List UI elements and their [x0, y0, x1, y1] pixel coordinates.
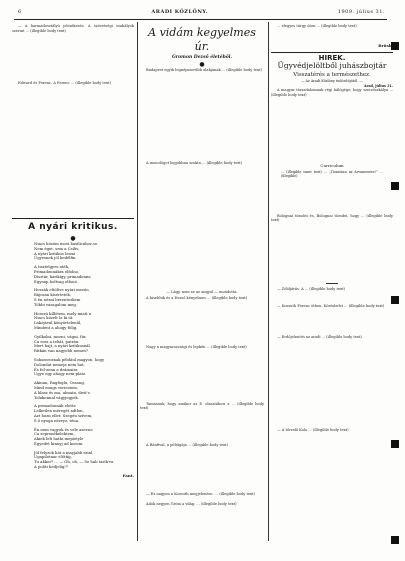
poem-stanza: Gyilkolni, morni, vágni, fúr, Ca rosz a … — [34, 335, 134, 354]
inset-text: ... (illegible inset text) ... „Tiszatáz… — [271, 170, 393, 214]
article-paragraph: A magyar társadalomnak végi hálógége, ho… — [271, 88, 393, 162]
column-divider — [137, 22, 138, 541]
column-left: — A harmadosztályú jelentkezés. A szövet… — [12, 24, 134, 478]
scan-registration-mark — [391, 182, 399, 190]
news-headline: Ügyvédjelöltből juhászbojtár — [271, 61, 393, 71]
newspaper-page: 6 ARADI KÖZLÖNY. 1909. július 31. — A ha… — [0, 0, 405, 561]
article-signature: Brüsk. — [271, 44, 393, 49]
ornament: ● — [140, 61, 264, 68]
scan-registration-mark — [391, 296, 399, 304]
page-number: 6 — [18, 9, 22, 15]
separator — [326, 283, 338, 284]
header-rule — [14, 19, 387, 20]
poem-title: A nyári kritikus. — [12, 222, 134, 233]
poem-stanza: Hosszú kíllötem, mely miatt a Nincs köze… — [34, 312, 134, 331]
section-title-news: HIREK. — [271, 56, 393, 61]
poem-stanza: A tisztelgyes aték, Primadonnákra elfoln… — [34, 265, 134, 284]
inset-heading: Curriculum — [271, 164, 393, 169]
news-item: — Kossuth Ferenc ötben. Körösbelvi ... (… — [271, 304, 393, 334]
news-item: — Zöldjárás. A ... (illegible body text) — [271, 287, 393, 303]
news-item: — Erdőjelentés az aradi ... (illegible b… — [271, 335, 393, 427]
column-divider — [268, 22, 269, 541]
article-paragraph: Budapest egyik legnépszerűbb alakjának .… — [140, 68, 264, 160]
poem-stanza: Jól felyzok hát a mayjabb szinl Ugapilot… — [34, 451, 134, 470]
scan-registration-mark — [391, 440, 399, 448]
news-item: — A tőrzsfő Kolo ... (illegible body tex… — [271, 428, 393, 456]
article-paragraph: Tamásnak, hogy amikor az É. olasztábori … — [140, 402, 264, 442]
poem-stanza: Sokszoroznak például magyon, hogy Dolond… — [34, 358, 134, 377]
article-paragraph: A monológot legjobban szokta ... (illegi… — [140, 161, 264, 289]
article-paragraph: — Lágy, nem ez az angyal — mondotta. — [140, 290, 264, 295]
article-paragraph: — A harmadosztályú jelentkezés. A szövet… — [12, 24, 134, 80]
news-subheadline: Visszatérés a természethez. — [271, 72, 393, 79]
article-paragraph: Adok negyen Gróm a világ. ... (illegible… — [140, 502, 264, 511]
issue-date: 1909. július 31. — [338, 9, 385, 15]
article-paragraph: Nagy a magyarországi és lepkén ... (ille… — [140, 345, 264, 401]
article-paragraph: A kisebbik és a Dezső kényelmes ... (ill… — [140, 296, 264, 344]
article-paragraph: A Bánfival, a pólóígája ... (illegible b… — [140, 443, 264, 491]
article-paragraph: Edward és Ferenc. A Ferenc ... (illegibl… — [12, 81, 134, 215]
column-middle: A vidám kegyelmes úr. Gromon Dezső életé… — [140, 24, 264, 512]
scan-registration-mark — [391, 536, 399, 544]
poem-body: Nincs közöm most basilicához se Nem éget… — [12, 242, 134, 470]
article-title: A vidám kegyelmes úr. — [140, 26, 264, 54]
poem-signature: Fant. — [12, 474, 134, 479]
section-rule — [271, 52, 393, 53]
article-paragraph: — Ez nagyon a Kossuth megjelenése. ... (… — [140, 492, 264, 501]
page-header: 6 ARADI KÖZLÖNY. 1909. július 31. — [18, 6, 385, 18]
article-paragraph: ... elegyes tárgy úton ... (illegible bo… — [271, 24, 393, 42]
poem-stanza: Én nem vagyok és vele aseriss Ca seprené… — [34, 428, 134, 447]
poem-stanza: Nincs közöm most basilicához se Nem éget… — [34, 242, 134, 261]
section-rule — [12, 218, 134, 219]
poem-stanza: Hozzák eltöltve nyári mezőn Bájosan kísé… — [34, 288, 134, 307]
poem-stanza: Akinan, Ragfoglu, Ossong, Mind enugs ver… — [34, 381, 134, 400]
masthead-title: ARADI KÖZLÖNY. — [151, 9, 208, 15]
article-paragraph: Bolognai tőzsdei és, Bolognai tőzsdei, h… — [271, 214, 393, 280]
poem-stanza: A primadonnák elotte Lelketlen méregét a… — [34, 404, 134, 423]
column-right: ... elegyes tárgy úton ... (illegible bo… — [271, 24, 393, 457]
scan-registration-mark — [391, 42, 399, 50]
